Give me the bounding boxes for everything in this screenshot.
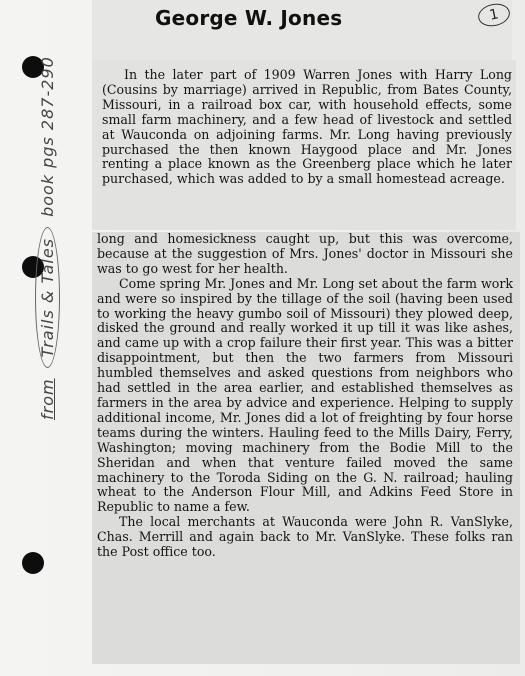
handwritten-margin-note: from Trails & Tales book pgs 287-290 xyxy=(35,56,60,420)
margin-note-suffix: book pgs 287-290 xyxy=(38,56,57,217)
margin-note-prefix: from xyxy=(38,378,57,420)
article-text-bottom: long and homesickness caught up, but thi… xyxy=(97,232,513,560)
paragraph: The local merchants at Wauconda were Joh… xyxy=(97,515,513,560)
paragraph: long and homesickness caught up, but thi… xyxy=(97,232,513,277)
margin-note-source: Trails & Tales xyxy=(35,227,60,368)
paragraph: Come spring Mr. Jones and Mr. Long set a… xyxy=(97,277,513,516)
scanned-page: George W. Jones 1 In the later part of 1… xyxy=(0,0,525,676)
article-text-top: In the later part of 1909 Warren Jones w… xyxy=(102,68,512,187)
article-title: George W. Jones xyxy=(155,6,342,30)
binder-hole xyxy=(22,552,44,574)
paragraph: In the later part of 1909 Warren Jones w… xyxy=(102,68,512,187)
